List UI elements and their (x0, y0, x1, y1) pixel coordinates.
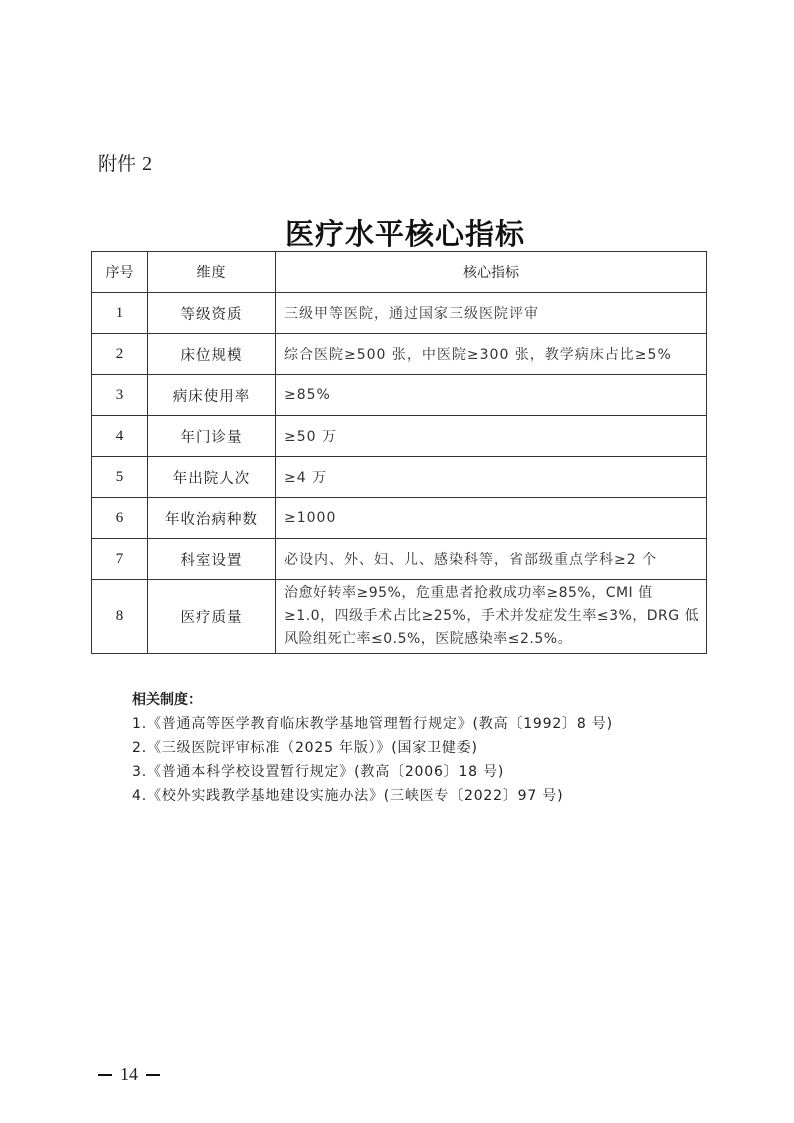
row-no: 7 (92, 539, 148, 580)
attachment-label-text: 附件 (98, 153, 136, 175)
table-row: 6 年收治病种数 ≥1000 (92, 498, 707, 539)
row-no: 2 (92, 334, 148, 375)
related-heading: 相关制度： (132, 688, 613, 712)
row-no: 8 (92, 580, 148, 654)
row-no: 1 (92, 293, 148, 334)
header-dimension: 维度 (148, 252, 276, 293)
page-number: 14 (98, 1064, 160, 1085)
dash-right-icon (146, 1074, 160, 1076)
table-row: 8 医疗质量 治愈好转率≥95%，危重患者抢救成功率≥85%，CMI 值≥1.0… (92, 580, 707, 654)
row-dimension: 等级资质 (148, 293, 276, 334)
related-item: 4.《校外实践教学基地建设实施办法》(三峡医专〔2022〕97 号) (132, 784, 613, 808)
table-row: 5 年出院人次 ≥4 万 (92, 457, 707, 498)
indicator-table: 序号 维度 核心指标 1 等级资质 三级甲等医院，通过国家三级医院评审 2 床位… (91, 251, 707, 654)
row-no: 4 (92, 416, 148, 457)
table-row: 4 年门诊量 ≥50 万 (92, 416, 707, 457)
attachment-label: 附件 2 (98, 149, 152, 176)
row-dimension: 医疗质量 (148, 580, 276, 654)
row-indicator: 治愈好转率≥95%，危重患者抢救成功率≥85%，CMI 值≥1.0，四级手术占比… (276, 580, 707, 654)
page-number-text: 14 (120, 1064, 138, 1085)
header-no: 序号 (92, 252, 148, 293)
row-indicator: 必设内、外、妇、儿、感染科等，省部级重点学科≥2 个 (276, 539, 707, 580)
table-row: 7 科室设置 必设内、外、妇、儿、感染科等，省部级重点学科≥2 个 (92, 539, 707, 580)
row-dimension: 年门诊量 (148, 416, 276, 457)
row-dimension: 年出院人次 (148, 457, 276, 498)
related-policies: 相关制度： 1.《普通高等医学教育临床教学基地管理暂行规定》(教高〔1992〕8… (132, 688, 613, 808)
row-no: 6 (92, 498, 148, 539)
row-no: 5 (92, 457, 148, 498)
row-dimension: 科室设置 (148, 539, 276, 580)
row-dimension: 年收治病种数 (148, 498, 276, 539)
page-title: 医疗水平核心指标 (0, 212, 794, 253)
row-indicator: ≥1000 (276, 498, 707, 539)
table-row: 3 病床使用率 ≥85% (92, 375, 707, 416)
attachment-number: 2 (142, 153, 152, 175)
header-indicator: 核心指标 (276, 252, 707, 293)
related-item: 3.《普通本科学校设置暂行规定》(教高〔2006〕18 号) (132, 760, 613, 784)
row-no: 3 (92, 375, 148, 416)
row-indicator: ≥4 万 (276, 457, 707, 498)
table-header-row: 序号 维度 核心指标 (92, 252, 707, 293)
row-dimension: 病床使用率 (148, 375, 276, 416)
dash-left-icon (98, 1074, 112, 1076)
row-indicator: 综合医院≥500 张，中医院≥300 张，教学病床占比≥5% (276, 334, 707, 375)
related-item: 1.《普通高等医学教育临床教学基地管理暂行规定》(教高〔1992〕8 号) (132, 712, 613, 736)
table-row: 2 床位规模 综合医院≥500 张，中医院≥300 张，教学病床占比≥5% (92, 334, 707, 375)
row-indicator: 三级甲等医院，通过国家三级医院评审 (276, 293, 707, 334)
row-dimension: 床位规模 (148, 334, 276, 375)
table-row: 1 等级资质 三级甲等医院，通过国家三级医院评审 (92, 293, 707, 334)
related-item: 2.《三级医院评审标准（2025 年版）》(国家卫健委) (132, 736, 613, 760)
row-indicator: ≥50 万 (276, 416, 707, 457)
row-indicator: ≥85% (276, 375, 707, 416)
